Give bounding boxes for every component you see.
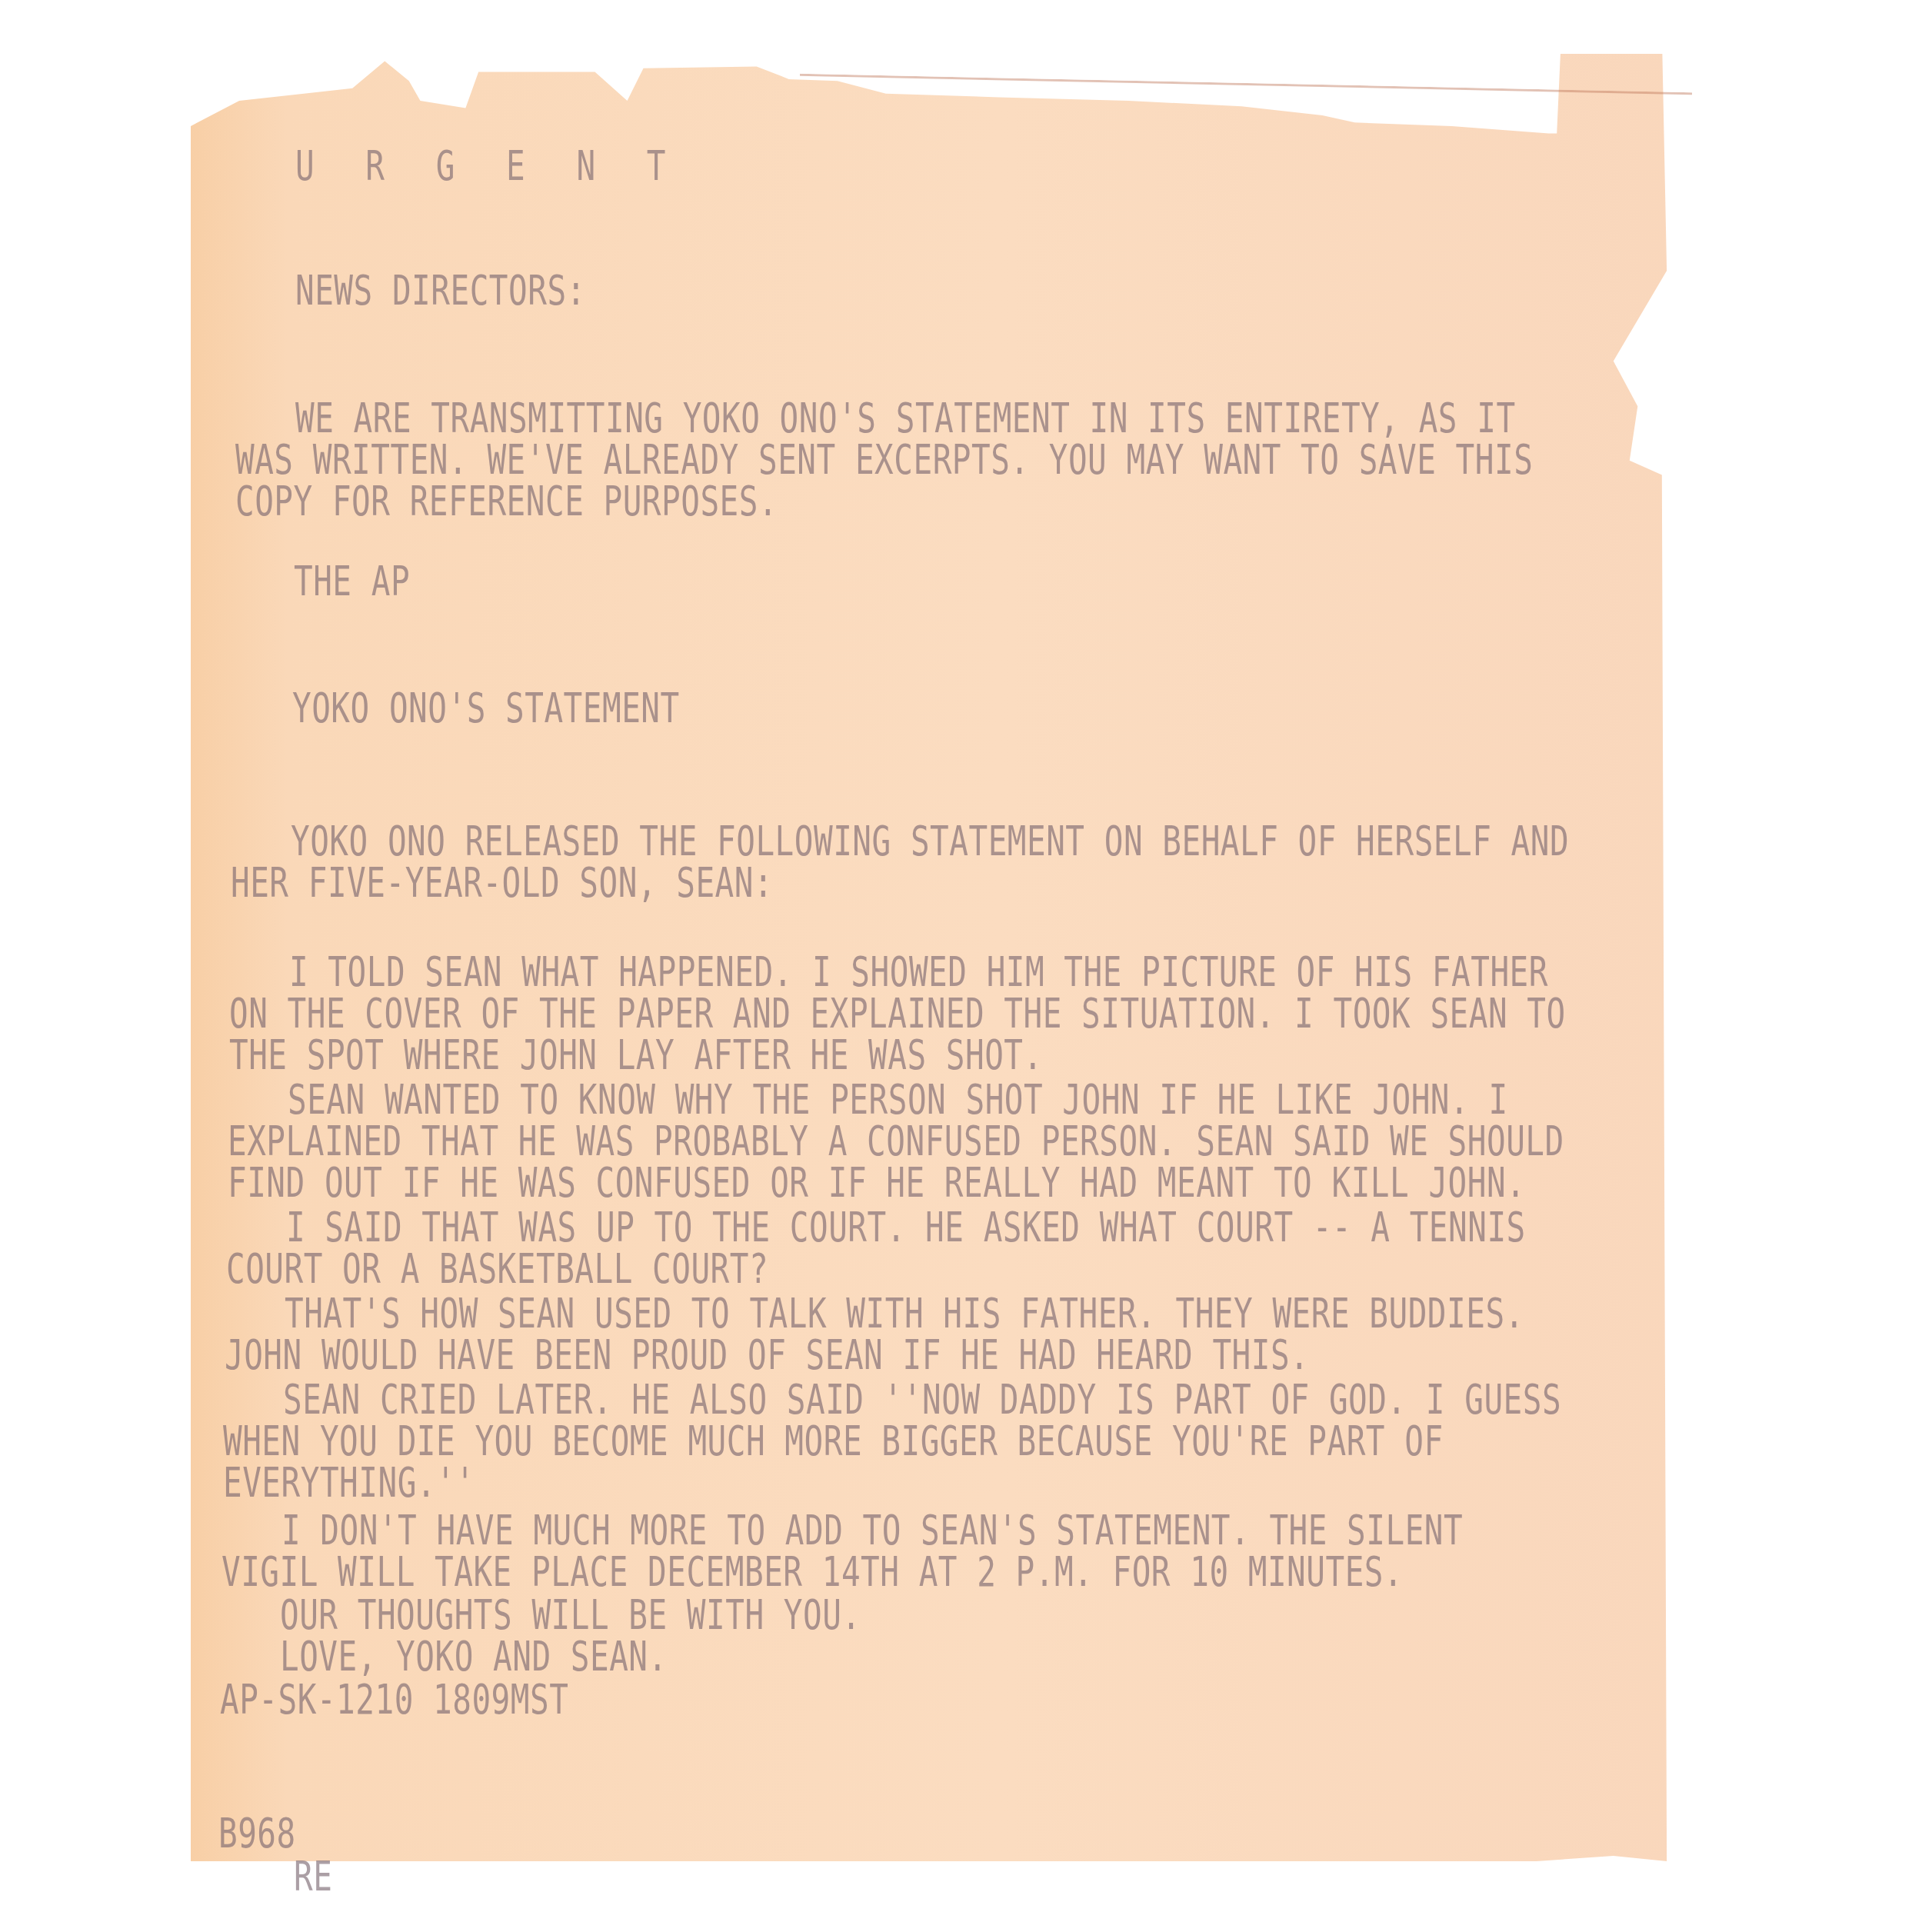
body-line: SEAN CRIED LATER. HE ALSO SAID ''NOW DAD… <box>283 1380 1561 1420</box>
signoff: THE AP <box>294 561 410 601</box>
priority-label: U R G E N T <box>295 146 682 186</box>
salutation: NEWS DIRECTORS: <box>295 271 586 311</box>
body-line: SEAN WANTED TO KNOW WHY THE PERSON SHOT … <box>288 1080 1508 1120</box>
body-line: VIGIL WILL TAKE PLACE DECEMBER 14TH AT 2… <box>222 1552 1403 1592</box>
body-line: LOVE, YOKO AND SEAN. <box>280 1637 668 1677</box>
intro-line: COPY FOR REFERENCE PURPOSES. <box>235 481 778 521</box>
body-line: I DON'T HAVE MUCH MORE TO ADD TO SEAN'S … <box>281 1511 1463 1551</box>
footer-mark: RE <box>294 1857 332 1897</box>
message-code: B968 <box>218 1814 296 1854</box>
wire-slug: AP-SK-1210 1809MST <box>220 1680 568 1720</box>
body-line: EVERYTHING.'' <box>223 1463 475 1503</box>
body-line: ON THE COVER OF THE PAPER AND EXPLAINED … <box>229 994 1566 1034</box>
body-line: I SAID THAT WAS UP TO THE COURT. HE ASKE… <box>286 1207 1526 1247</box>
body-line: FIND OUT IF HE WAS CONFUSED OR IF HE REA… <box>228 1163 1525 1203</box>
headline: YOKO ONO'S STATEMENT <box>292 688 680 728</box>
body-line: OUR THOUGHTS WILL BE WITH YOU. <box>280 1595 861 1635</box>
body-line: THAT'S HOW SEAN USED TO TALK WITH HIS FA… <box>285 1294 1524 1334</box>
intro-line: WAS WRITTEN. WE'VE ALREADY SENT EXCERPTS… <box>235 440 1533 480</box>
body-line: WHEN YOU DIE YOU BECOME MUCH MORE BIGGER… <box>223 1421 1444 1461</box>
lede-line: YOKO ONO RELEASED THE FOLLOWING STATEMEN… <box>291 821 1569 861</box>
body-line: I TOLD SEAN WHAT HAPPENED. I SHOWED HIM … <box>289 952 1548 992</box>
body-line: JOHN WOULD HAVE BEEN PROUD OF SEAN IF HE… <box>225 1335 1309 1375</box>
intro-line: WE ARE TRANSMITTING YOKO ONO'S STATEMENT… <box>295 398 1516 438</box>
body-line: EXPLAINED THAT HE WAS PROBABLY A CONFUSE… <box>228 1121 1564 1161</box>
body-line: THE SPOT WHERE JOHN LAY AFTER HE WAS SHO… <box>229 1035 1043 1075</box>
lede-line: HER FIVE-YEAR-OLD SON, SEAN: <box>231 863 773 903</box>
body-line: COURT OR A BASKETBALL COURT? <box>226 1249 768 1289</box>
